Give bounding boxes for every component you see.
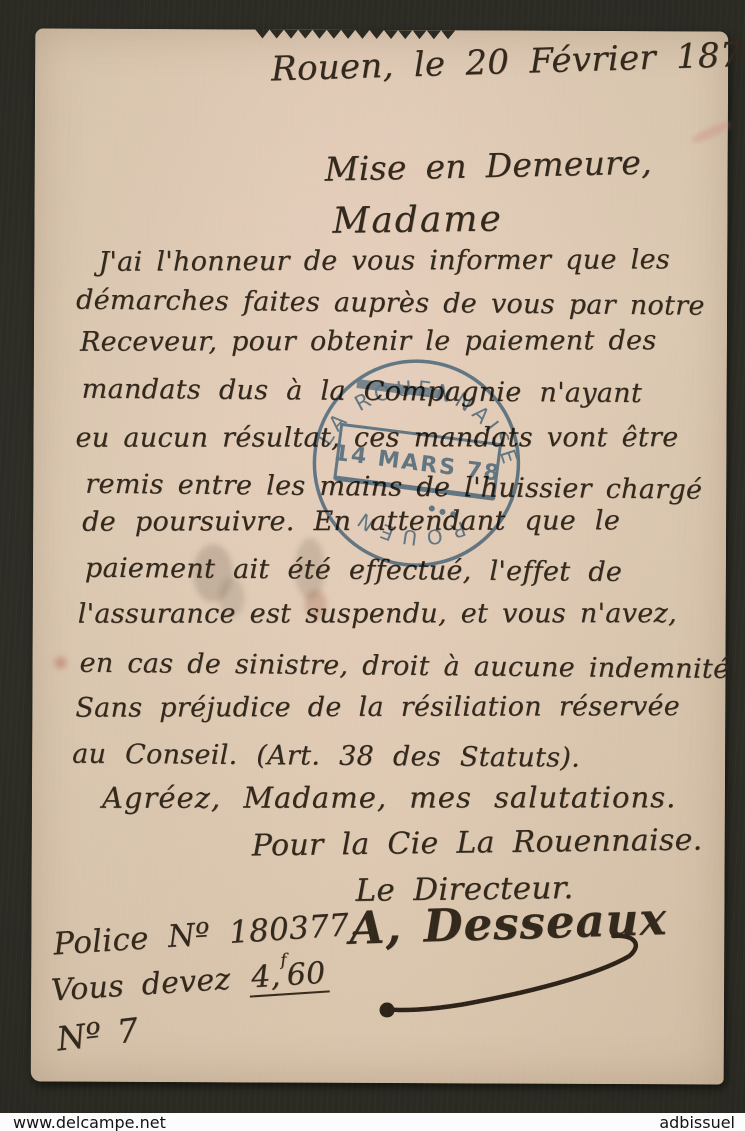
photo-background: Rouen, le 20 Février 1878 Mise en Demeur… xyxy=(0,0,745,1131)
body-line: Agréez, Madame, mes salutations. xyxy=(102,782,676,814)
body-line: J'ai l'honneur de vous informer que les xyxy=(98,245,670,277)
pink-scratch xyxy=(690,119,732,146)
closing-line: Pour la Cie La Rouennaise. xyxy=(252,824,703,863)
body-line: au Conseil. (Art. 38 des Statuts). xyxy=(72,740,580,774)
letter-title: Mise en Demeure, xyxy=(324,145,652,188)
body-line: l'assurance est suspendu, et vous n'avez… xyxy=(78,599,677,629)
watermark-strip: www.delcampe.net adbissuel xyxy=(0,1113,745,1131)
signature-flourish xyxy=(371,933,656,1026)
red-speck xyxy=(55,657,67,669)
watermark-right: adbissuel xyxy=(659,1113,735,1131)
body-line: Sans préjudice de la résiliation réservé… xyxy=(75,692,680,723)
postmark-stamp: LA ROUENNAISE ROUEN 14 MARS 78 xyxy=(288,335,545,592)
amount-decimal: 60 xyxy=(286,956,327,993)
salutation: Madame xyxy=(332,200,503,242)
policy-number-line: Police Nº 180377. xyxy=(52,908,360,962)
amount-due-line: Vous devez 4,f60 xyxy=(50,956,330,1007)
body-line: démarches faites auprès de vous par notr… xyxy=(76,286,705,322)
dateline: Rouen, le 20 Février 1878 xyxy=(271,36,745,88)
amount-value: 4,f60 xyxy=(247,955,330,997)
postcard: Rouen, le 20 Février 1878 Mise en Demeur… xyxy=(31,28,729,1084)
torn-perforation-edge xyxy=(255,29,455,39)
amount-integer: 4, xyxy=(250,959,281,996)
watermark-left: www.delcampe.net xyxy=(13,1113,166,1131)
item-number-line: Nº 7 xyxy=(55,1012,141,1058)
amount-label: Vous devez xyxy=(50,962,232,1009)
amount-currency: f xyxy=(280,950,288,969)
body-line: en cas de sinistre, droit à aucune indem… xyxy=(79,649,738,685)
